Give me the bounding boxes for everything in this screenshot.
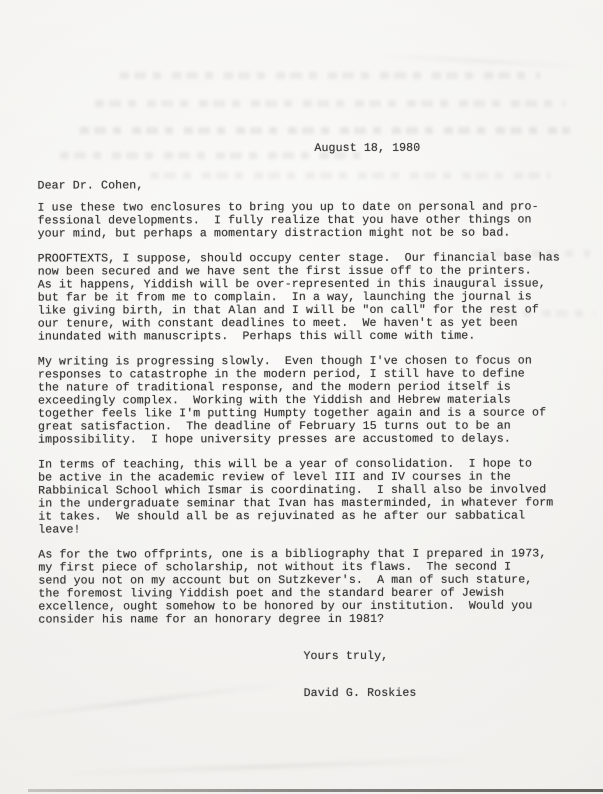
- bleed-through-artifact: [95, 100, 565, 107]
- paragraph-5: As for the two offprints, one is a bibli…: [38, 547, 578, 626]
- paper-wrinkle: [380, 55, 580, 67]
- salutation: Dear Dr. Cohen,: [37, 178, 577, 192]
- paragraph-1: I use these two enclosures to bring you …: [38, 200, 578, 240]
- paragraph-4: In terms of teaching, this will be a yea…: [38, 457, 578, 536]
- paragraph-2: PROOFTEXTS, I suppose, should occupy cen…: [38, 251, 578, 343]
- scan-edge-shadow: [28, 789, 603, 792]
- letter-scan-page: August 18, 1980 Dear Dr. Cohen, I use th…: [0, 0, 603, 794]
- paper-wrinkle: [60, 758, 480, 776]
- signature-name: David G. Roskies: [304, 686, 579, 700]
- letter-date: August 18, 1980: [314, 141, 577, 155]
- closing-line: Yours truly,: [303, 649, 578, 663]
- letter-body: August 18, 1980 Dear Dr. Cohen, I use th…: [37, 141, 578, 700]
- bleed-through-artifact: [120, 72, 540, 79]
- bleed-through-artifact: [80, 127, 570, 134]
- paragraph-3: My writing is progressing slowly. Even t…: [38, 354, 578, 446]
